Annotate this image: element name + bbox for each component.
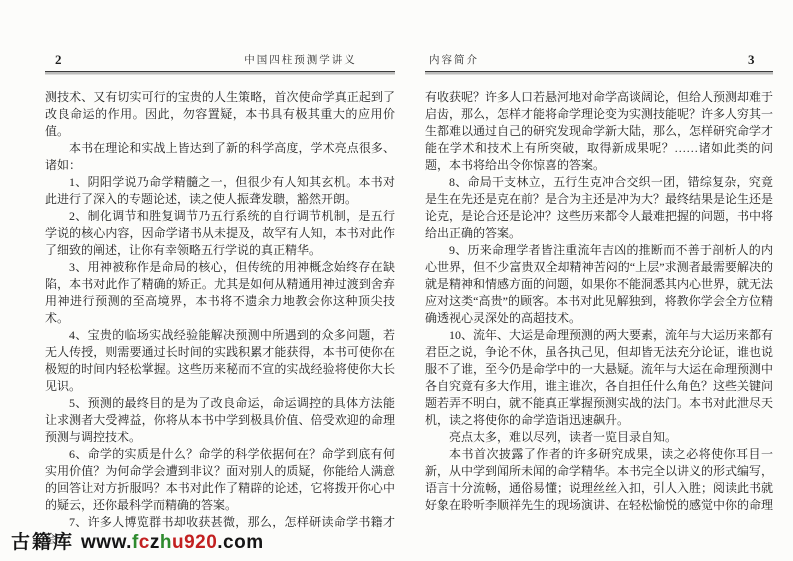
watermark-url-segment: f [132,532,139,553]
paragraph: 3、用神被称作是命局的核心，但传统的用神概念始终存在缺陷，本书对此作了精确的矫正… [45,259,395,327]
paragraph: 本书首次披露了作者的许多研究成果，读之必将使你耳目一新，从中学到闻所未闻的命学精… [425,446,773,514]
watermark-site-name: 古籍库 [11,532,74,553]
watermark: 古籍库www.fczhu920.com [11,527,264,554]
paragraph: 测技术、又有切实可行的宝贵的人生策略，首次使命学真正起到了改良命运的作用。因此，… [45,89,395,140]
paragraph: 6、命学的实质是什么？命学的科学依据何在？命学到底有何实用价值？为何命学会遭到非… [45,446,395,514]
paragraph: 9、历来命理学者皆注重流年吉凶的推断而不善于剖析人的内心世界，但不少富贵双全却精… [425,242,773,327]
watermark-url-segment: z [150,532,160,553]
paragraph: 有收获呢？许多人口若悬河地对命学高谈阔论，但给人预测却难于启齿，那么，怎样才能将… [425,89,773,174]
paragraph: 本书在理论和实战上皆达到了新的科学高度，学术亮点很多、诸如： [45,140,395,174]
left-page-body: 测技术、又有切实可行的宝贵的人生策略，首次使命学真正起到了改良命运的作用。因此，… [45,89,395,548]
running-title: 内容简介 [429,52,479,67]
paragraph: 8、命局干支林立，五行生克冲合交织一团，错综复杂，究竟是生在先还是克在前？是合为… [425,174,773,242]
watermark-url-segment: u [172,532,184,553]
right-page: 内容简介 3 有收获呢？许多人口若悬河地对命学高谈阔论，但给人预测却难于启齿，那… [425,0,773,561]
page-number: 3 [748,52,755,68]
paragraph: 2、制化调节和胜复调节乃五行系统的自行调节机制，是五行学说的核心内容，因命学诸书… [45,208,395,259]
paragraph: 4、宝贵的临场实战经验能解决预测中所遇到的众多问题，若无人传授，则需要通过长时间… [45,327,395,395]
paragraph: 10、流年、大运是命理预测的两大要素，流年与大运历来都有君臣之说，争论不休，虽各… [425,327,773,429]
left-page-header: 2 中国四柱预测学讲义 [45,48,395,72]
right-page-body: 有收获呢？许多人口若悬河地对命学高谈阔论，但给人预测却难于启齿，那么，怎样才能将… [425,89,773,514]
watermark-url-segment: .com [217,532,263,553]
watermark-url-segment: www. [81,532,132,553]
paragraph: 5、预测的最终目的是为了改良命运，命运调控的具体方法能让求测者大受裨益，你将从本… [45,395,395,446]
page-number: 2 [55,52,62,68]
right-page-header: 内容简介 3 [425,48,773,72]
left-page: 2 中国四柱预测学讲义 测技术、又有切实可行的宝贵的人生策略，首次使命学真正起到… [45,0,395,561]
watermark-url-segment: h [160,532,172,553]
watermark-url-segment: c [139,532,150,553]
watermark-url: www.fczhu920.com [81,532,264,553]
running-title: 中国四柱预测学讲义 [244,52,357,67]
paragraph: 1、阴阳学说乃命学精髓之一，但很少有人知其玄机。本书对此进行了深入的专题论述，读… [45,174,395,208]
watermark-url-segment: 920 [184,532,217,553]
paragraph: 亮点太多，难以尽列，读者一览目录自知。 [425,429,773,446]
